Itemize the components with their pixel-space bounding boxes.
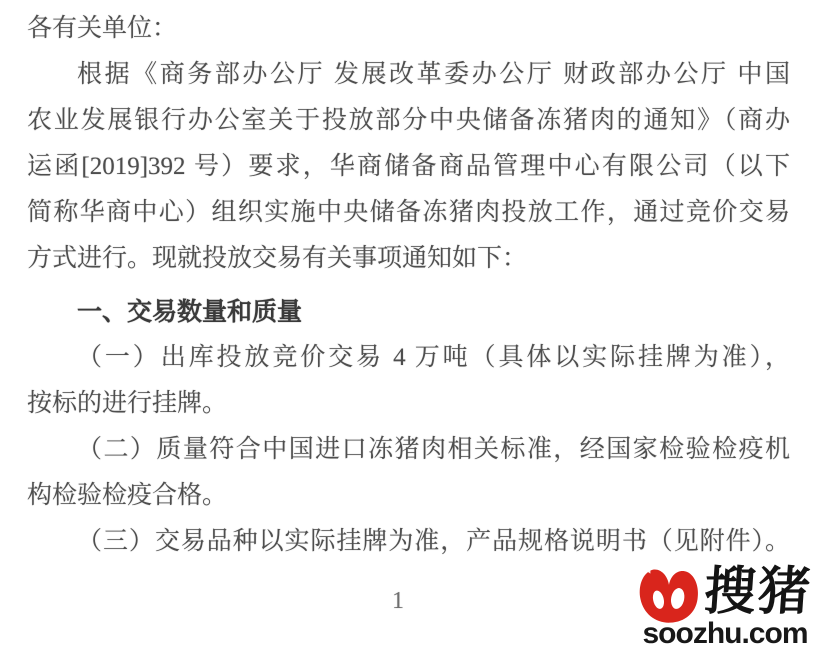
- section1-item2-line1: （二）质量符合中国进口冻猪肉相关标准，经国家检验检疫机: [27, 427, 790, 473]
- section1-item1-line2: 按标的进行挂牌。: [27, 381, 790, 427]
- section1-item2-line2: 构检验检疫合格。: [27, 473, 790, 519]
- section1-item1-line1: （一）出库投放竞价交易 4 万吨（具体以实际挂牌为准），: [27, 335, 790, 381]
- section1-heading: 一、交易数量和质量: [27, 289, 790, 335]
- watermark-logo: 搜猪 soozhu.com: [634, 563, 816, 650]
- salutation: 各有关单位：: [27, 6, 790, 52]
- paragraph1-line2: 农业发展银行办公室关于投放部分中央储备冻猪肉的通知》（商办: [27, 98, 790, 144]
- paragraph1-line3: 运函[2019]392 号）要求，华商储备商品管理中心有限公司（以下: [27, 144, 790, 190]
- paragraph1-line5: 方式进行。现就投放交易有关事项通知如下：: [27, 236, 790, 282]
- paragraph1-line4: 简称华商中心）组织实施中央储备冻猪肉投放工作，通过竞价交易: [27, 190, 790, 236]
- document-body: 各有关单位： 根据《商务部办公厅 发展改革委办公厅 财政部办公厅 中国 农业发展…: [27, 6, 790, 565]
- pig-snout-shape: [640, 570, 698, 623]
- brand-name-cn: 搜猪: [702, 563, 814, 623]
- section1-item3-line1: （三）交易品种以实际挂牌为准，产品规格说明书（见附件）。: [27, 519, 790, 565]
- paragraph1-line1: 根据《商务部办公厅 发展改革委办公厅 财政部办公厅 中国: [27, 52, 790, 98]
